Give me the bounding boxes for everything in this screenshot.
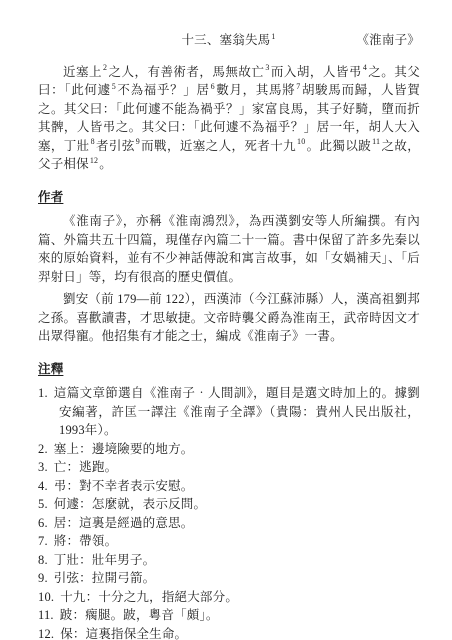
page-title: 十三、塞翁失馬1: [181, 31, 276, 50]
notes-section: 注釋 1.這篇文章節選自《淮南子‧人間訓》，題目是選文時加上的。據劉安編著，許匡…: [38, 360, 420, 640]
source-attribution: 《淮南子》: [356, 31, 420, 50]
title-note-ref: 1: [271, 32, 275, 41]
note-text: 跛：瘸腿。跛，粵音「頗」。: [60, 608, 219, 622]
note-item: 10.十九：十分之九，指絕大部分。: [38, 588, 420, 607]
note-text: 弔：對不幸者表示安慰。: [54, 479, 194, 493]
note-ref: 7: [296, 82, 300, 91]
notes-list: 1.這篇文章節選自《淮南子‧人間訓》，題目是選文時加上的。據劉安編著，許匡一譯注…: [38, 384, 420, 640]
note-item: 5.何遽：怎麼就，表示反問。: [38, 495, 420, 514]
author-paragraph-1: 《淮南子》，亦稱《淮南鴻烈》，為西漢劉安等人所編撰。有內篇、外篇共五十四篇，現僅…: [38, 212, 420, 286]
note-ref: 3: [265, 63, 269, 72]
note-ref: 11: [372, 137, 380, 146]
note-item: 4.弔：對不幸者表示安慰。: [38, 477, 420, 496]
notes-heading: 注釋: [38, 360, 420, 379]
note-item: 11.跛：瘸腿。跛，粵音「頗」。: [38, 606, 420, 625]
note-text: 亡：逃跑。: [54, 460, 118, 474]
author-heading: 作者: [38, 188, 420, 207]
note-item: 7.將：帶領。: [38, 532, 420, 551]
note-item: 12.保：這裏指保全生命。: [38, 625, 420, 640]
note-ref: 5: [112, 82, 116, 91]
note-number: 3.: [38, 460, 48, 474]
author-paragraph-2: 劉安（前 179—前 122），西漢沛（今江蘇沛縣）人，漢高祖劉邦之孫。喜歡讀書…: [38, 290, 420, 346]
note-number: 8.: [38, 553, 48, 567]
note-item: 2.塞上：邊境險要的地方。: [38, 440, 420, 459]
author-section: 作者 《淮南子》，亦稱《淮南鴻烈》，為西漢劉安等人所編撰。有內篇、外篇共五十四篇…: [38, 188, 420, 346]
note-number: 9.: [38, 571, 48, 585]
note-text: 何遽：怎麼就，表示反問。: [54, 497, 206, 511]
note-number: 1.: [38, 386, 48, 400]
note-text: 丁壯：壯年男子。: [54, 553, 156, 567]
note-number: 5.: [38, 497, 48, 511]
note-text: 十九：十分之九，指絕大部分。: [60, 590, 238, 604]
note-text: 居：這裏是經過的意思。: [54, 516, 194, 530]
note-number: 4.: [38, 479, 48, 493]
note-number: 12.: [38, 627, 54, 640]
note-ref: 10: [297, 137, 305, 146]
note-text: 這篇文章節選自《淮南子‧人間訓》，題目是選文時加上的。據劉安編著，許匡一譯注《淮…: [54, 386, 420, 437]
note-item: 8.丁壯：壯年男子。: [38, 551, 420, 570]
note-ref: 9: [136, 137, 140, 146]
note-text: 引弦：拉開弓箭。: [54, 571, 156, 585]
note-ref: 8: [91, 137, 95, 146]
note-number: 2.: [38, 442, 48, 456]
note-ref: 2: [103, 63, 107, 72]
note-ref: 12: [90, 156, 98, 165]
note-item: 3.亡：逃跑。: [38, 458, 420, 477]
note-number: 7.: [38, 534, 48, 548]
note-number: 10.: [38, 590, 54, 604]
note-item: 1.這篇文章節選自《淮南子‧人間訓》，題目是選文時加上的。據劉安編著，許匡一譯注…: [38, 384, 420, 440]
title-row: 十三、塞翁失馬1 《淮南子》: [38, 31, 420, 50]
document-page: 十三、塞翁失馬1 《淮南子》 近塞上2之人，有善術者，馬無故亡3而入胡，人皆弔4…: [0, 0, 452, 640]
note-ref: 6: [211, 82, 215, 91]
note-number: 6.: [38, 516, 48, 530]
note-item: 6.居：這裏是經過的意思。: [38, 514, 420, 533]
note-item: 9.引弦：拉開弓箭。: [38, 569, 420, 588]
note-text: 保：這裏指保全生命。: [60, 627, 187, 640]
page-title-text: 十三、塞翁失馬: [181, 33, 270, 47]
story-section: 近塞上2之人，有善術者，馬無故亡3而入胡，人皆弔4之。其父曰：「此何遽5不為福乎…: [38, 63, 420, 174]
note-ref: 4: [363, 63, 367, 72]
note-text: 將：帶領。: [54, 534, 118, 548]
note-number: 11.: [38, 608, 54, 622]
story-paragraph: 近塞上2之人，有善術者，馬無故亡3而入胡，人皆弔4之。其父曰：「此何遽5不為福乎…: [38, 63, 420, 174]
note-text: 塞上：邊境險要的地方。: [54, 442, 194, 456]
